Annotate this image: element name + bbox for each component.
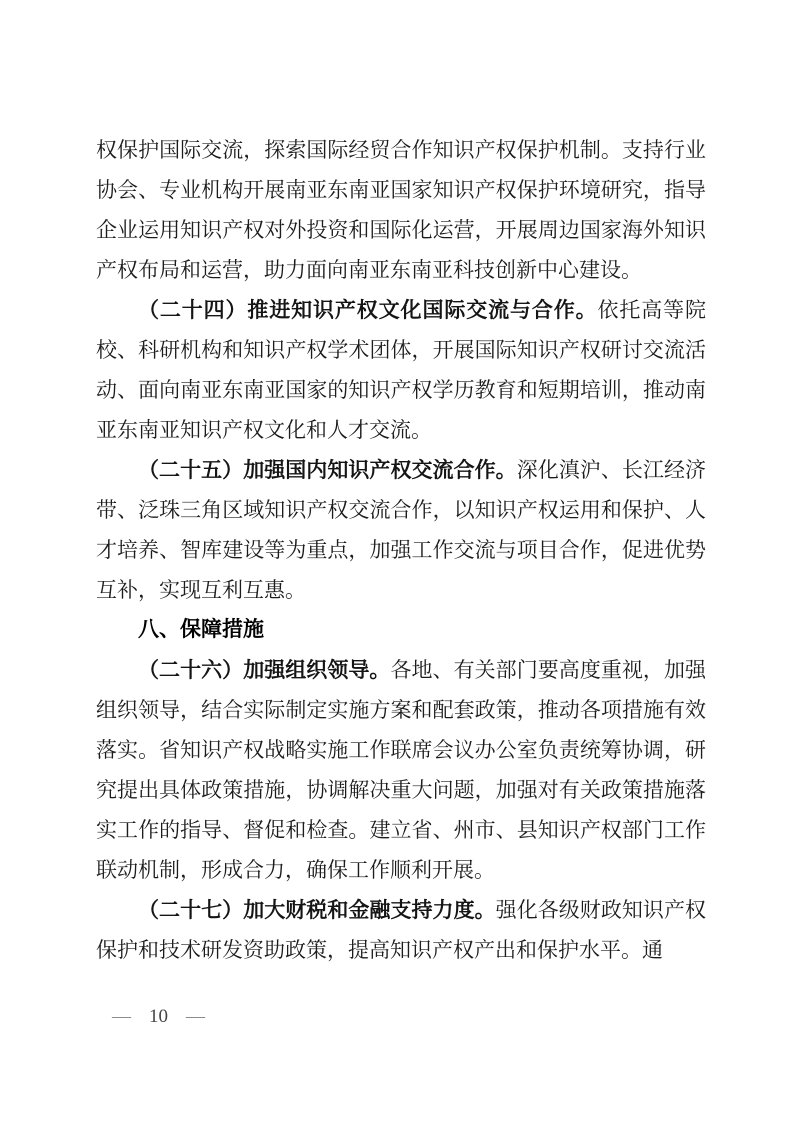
paragraph-item-25: （二十五）加强国内知识产权交流合作。深化滇沪、长江经济带、泛珠三角区域知识产权交… <box>96 450 706 610</box>
paragraph-continuation: 权保护国际交流，探索国际经贸合作知识产权保护机制。支持行业协会、专业机构开展南亚… <box>96 130 706 290</box>
paragraph-item-26: （二十六）加强组织领导。各地、有关部门要高度重视，加强组织领导，结合实际制定实施… <box>96 650 706 890</box>
page-number: 10 <box>149 1003 168 1031</box>
item-24-lead: （二十四）推进知识产权文化国际交流与合作。 <box>138 298 597 322</box>
paragraph-item-27: （二十七）加大财税和金融支持力度。强化各级财政知识产权保护和技术研发资助政策，提… <box>96 890 706 970</box>
section-heading-8: 八、保障措施 <box>96 610 706 650</box>
footer-dash-left: — <box>112 1003 131 1031</box>
document-body: 权保护国际交流，探索国际经贸合作知识产权保护机制。支持行业协会、专业机构开展南亚… <box>96 130 706 970</box>
item-27-lead: （二十七）加大财税和金融支持力度。 <box>138 898 496 922</box>
item-25-lead: （二十五）加强国内知识产权交流合作。 <box>138 458 517 482</box>
page-footer: — 10 — <box>112 1003 205 1031</box>
paragraph-continuation-text: 权保护国际交流，探索国际经贸合作知识产权保护机制。支持行业协会、专业机构开展南亚… <box>96 138 706 282</box>
item-26-text: 各地、有关部门要高度重视，加强组织领导，结合实际制定实施方案和配套政策，推动各项… <box>96 658 706 882</box>
item-26-lead: （二十六）加强组织领导。 <box>138 658 390 682</box>
footer-dash-right: — <box>186 1003 205 1031</box>
paragraph-item-24: （二十四）推进知识产权文化国际交流与合作。依托高等院校、科研机构和知识产权学术团… <box>96 290 706 450</box>
document-page: 权保护国际交流，探索国际经贸合作知识产权保护机制。支持行业协会、专业机构开展南亚… <box>0 0 800 1131</box>
